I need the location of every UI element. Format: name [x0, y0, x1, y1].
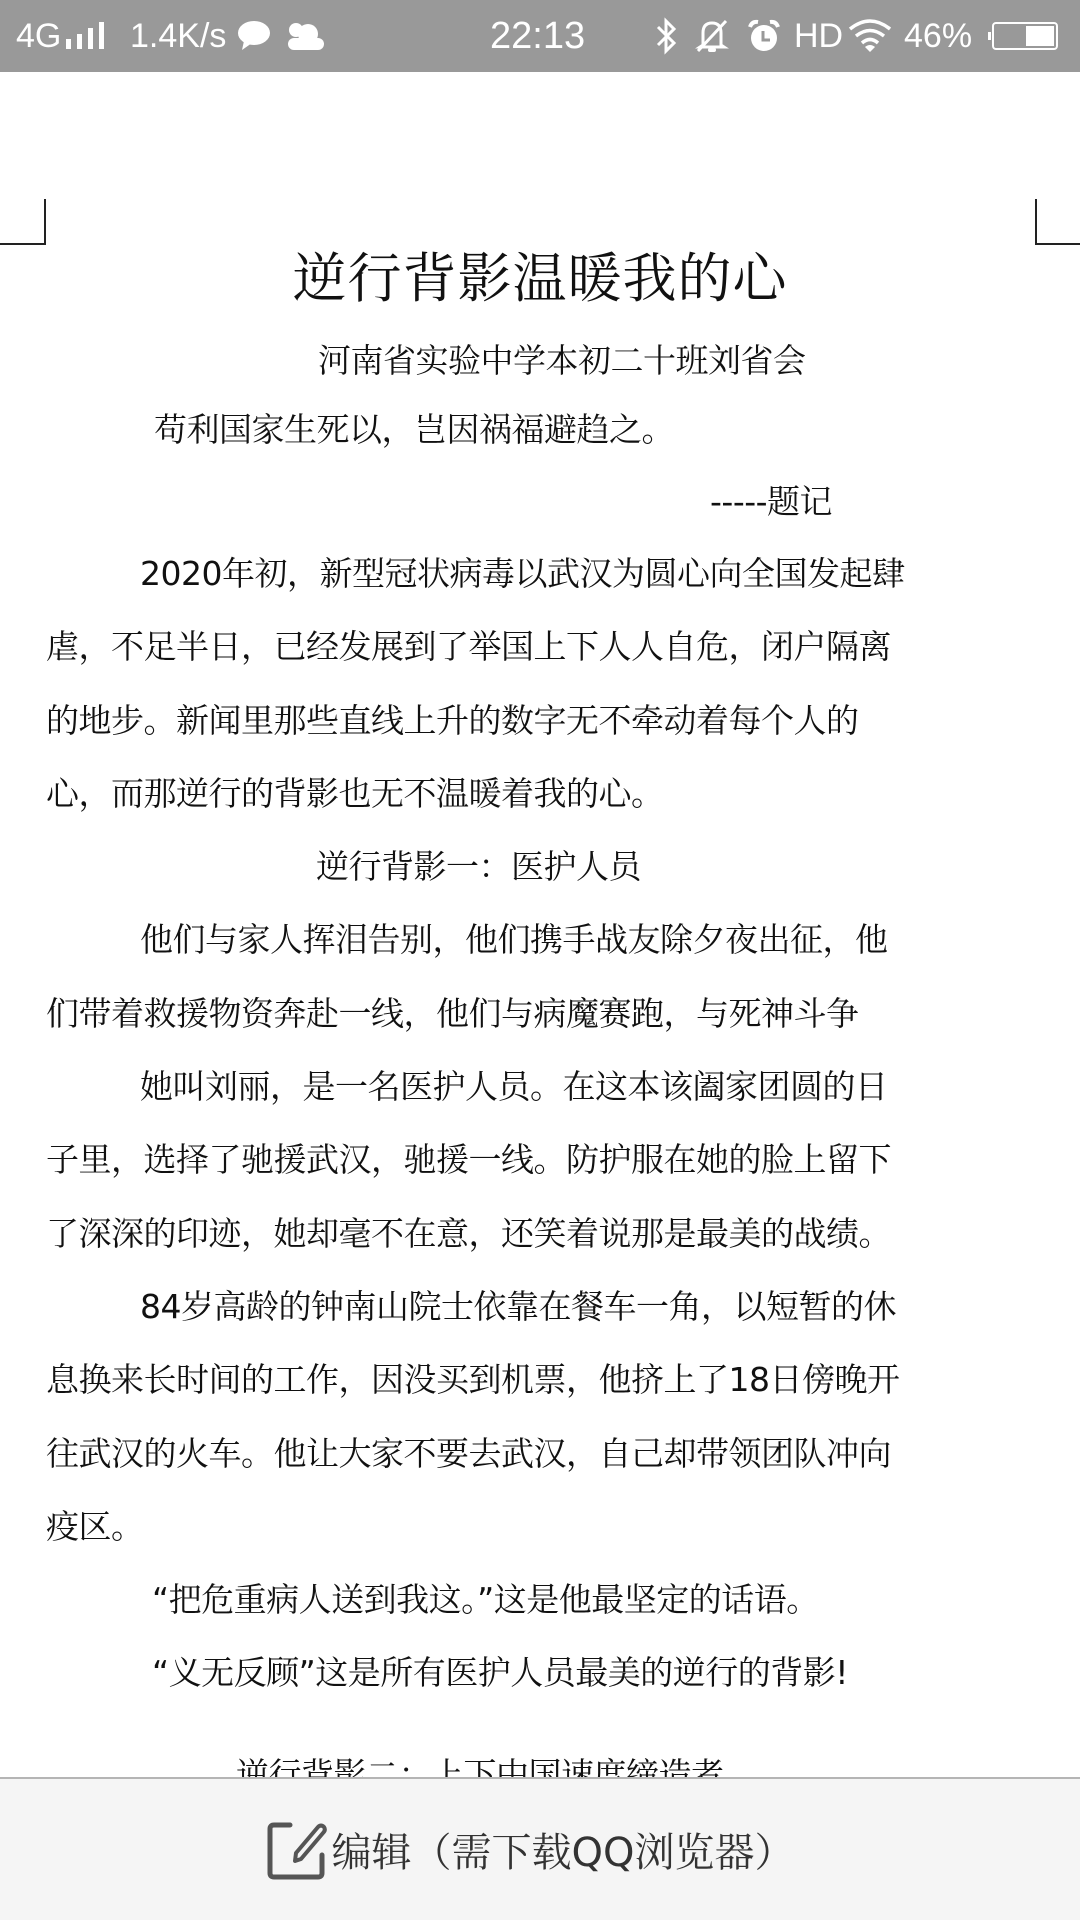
cloud-icon — [284, 0, 326, 72]
bottom-toolbar: 编辑（需下载QQ浏览器） — [0, 1777, 1080, 1920]
paragraph-line: 他们与家人挥泪告别，他们携手战友除夕夜出征，他 — [140, 920, 888, 960]
paragraph-line: 往武汉的火车。他让大家不要去武汉，自己却带领团队冲向 — [46, 1434, 891, 1474]
hd-label: HD — [794, 0, 843, 72]
paragraph-line: 子里，选择了驰援武汉，驰援一线。防护服在她的脸上留下 — [46, 1140, 891, 1180]
document-page[interactable]: 逆行背影温暖我的心 河南省实验中学本初二十班刘省会 苟利国家生死以，岂因祸福避趋… — [0, 72, 1080, 1777]
paragraph-line: “把危重病人送到我这。”这是他最坚定的话语。 — [152, 1580, 819, 1620]
battery-icon — [988, 0, 1060, 72]
edit-button[interactable]: 编辑（需下载QQ浏览器） — [266, 1819, 795, 1881]
paragraph-line: 心，而那逆行的背影也无不温暖着我的心。 — [46, 774, 664, 814]
document-author: 河南省实验中学本初二十班刘省会 — [318, 341, 806, 381]
edit-icon — [266, 1819, 328, 1881]
signal-icon — [64, 0, 106, 72]
bluetooth-icon — [654, 0, 678, 72]
epigraph-source: -----题记 — [710, 482, 832, 522]
edit-button-label: 编辑（需下载QQ浏览器） — [332, 1821, 795, 1878]
page-corner-mark-right — [1035, 199, 1080, 245]
paragraph-line: 们带着救援物资奔赴一线，他们与病魔赛跑，与死神斗争 — [46, 994, 859, 1034]
bell-muted-icon — [694, 0, 730, 72]
paragraph-line: 疫区。 — [46, 1507, 144, 1547]
paragraph-line: 虐，不足半日，已经发展到了举国上下人人自危，闭户隔离 — [46, 627, 891, 667]
paragraph-line: 她叫刘丽，是一名医护人员。在这本该阖家团圆的日 — [140, 1067, 888, 1107]
section-heading: 逆行背影一：医护人员 — [316, 847, 641, 887]
paragraph-line: 2020年初，新型冠状病毒以武汉为圆心向全国发起肆 — [140, 554, 904, 594]
epigraph: 苟利国家生死以，岂因祸福避趋之。 — [154, 410, 674, 450]
status-bar: 4G 1.4K/s 22:13 — [0, 0, 1080, 72]
clock-time: 22:13 — [490, 0, 585, 72]
paragraph-line: 息换来长时间的工作，因没买到机票，他挤上了18日傍晚开 — [46, 1360, 900, 1400]
network-speed: 1.4K/s — [130, 0, 226, 72]
document-title: 逆行背影温暖我的心 — [0, 247, 1080, 311]
battery-percent: 46% — [904, 0, 972, 72]
network-type: 4G — [16, 0, 61, 72]
paragraph-line: “义无反顾”这是所有医护人员最美的逆行的背影! — [152, 1653, 848, 1693]
wifi-icon — [848, 0, 892, 72]
paragraph-line: 了深深的印迹，她却毫不在意，还笑着说那是最美的战绩。 — [46, 1214, 891, 1254]
page-corner-mark-left — [0, 199, 46, 245]
paragraph-line: 的地步。新闻里那些直线上升的数字无不牵动着每个人的 — [46, 701, 859, 741]
chat-bubble-icon — [236, 0, 272, 72]
paragraph-line: 84岁高龄的钟南山院士依靠在餐车一角，以短暂的休 — [140, 1287, 896, 1327]
section-heading: 逆行背影二：上下中国速度缔造者 — [236, 1755, 724, 1777]
alarm-clock-icon — [746, 0, 782, 72]
